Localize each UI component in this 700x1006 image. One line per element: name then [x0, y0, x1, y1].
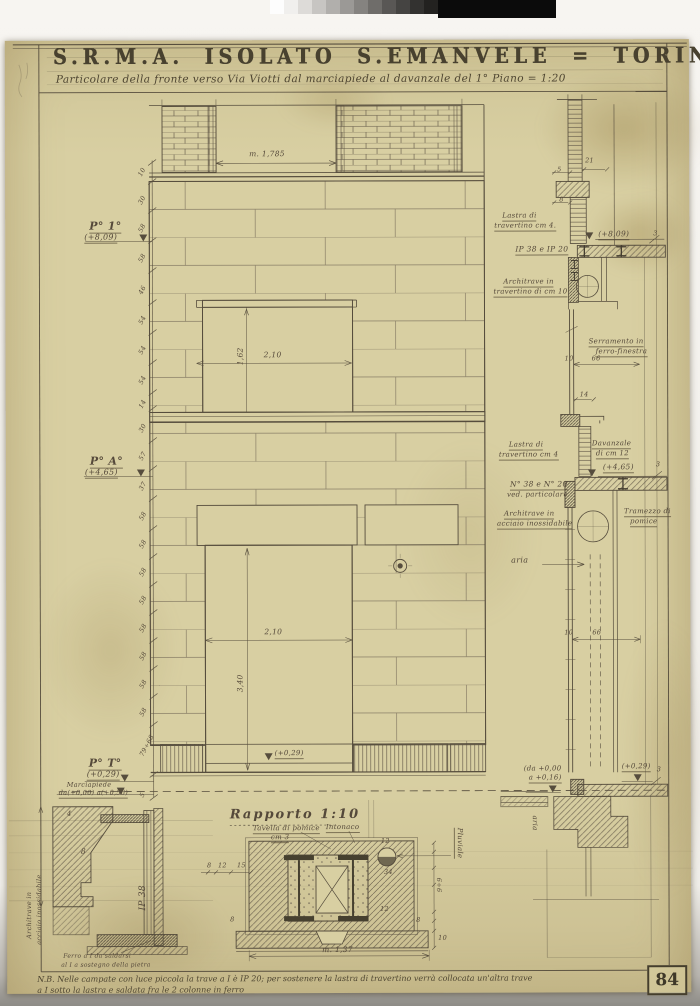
dimension-chain-value: 58 [138, 651, 148, 662]
annotation-label: 6÷6 [435, 878, 442, 893]
label-architrave-acciaio-b: acciaio inossidabile [497, 520, 572, 529]
label-pluviale: Pluviale [454, 828, 463, 859]
dimension-chain-value: 58 [138, 623, 148, 634]
dimension-chain-value: 58 [138, 679, 148, 690]
dim-162: 1,62 [237, 347, 245, 365]
annotation-label: 12 [381, 838, 390, 845]
drawing-subtitle: Particolare della fronte verso Via Viott… [56, 72, 566, 85]
annotation-label: 5 [557, 166, 561, 173]
level-value-marciapiede: da(+0,00) a(+0,56) [59, 790, 128, 799]
annotation-label: 8 [207, 862, 211, 869]
dimension-chain-value: 79÷68 [139, 734, 156, 758]
calibration-gray-step [368, 0, 382, 14]
detail-scale-title: Rapporto 1:10 [230, 808, 360, 821]
calibration-gray-step [340, 0, 354, 14]
dimension-chain-value: 30 [138, 423, 148, 434]
label-davanzale-b: di cm 12 [596, 450, 629, 459]
calibration-gray-step [382, 0, 396, 14]
label-ferro-saldarsi-b: al I a sostegno della pietra [61, 963, 150, 969]
calibration-gray-step [410, 0, 424, 14]
label-ip38-beam: IP 38 [139, 885, 148, 910]
drawing-title: S.R.M.A. ISOLATO S.EMANVELE = TORINO [53, 43, 665, 70]
calibration-gray-step [354, 0, 368, 14]
dim-340: 3,40 [236, 674, 244, 692]
label-serramento-b: ferro-finestra [596, 348, 648, 357]
calibration-gray-step [270, 0, 284, 14]
dim-210-lower: 2,10 [264, 628, 282, 636]
dimension-chain-value: 46 [137, 285, 147, 296]
level-value-piano-1: (+8,09) [84, 234, 117, 244]
level-value-piano-ammezzato: (+4,65) [85, 469, 118, 479]
label-lastra-travertino-1: Lastra di [502, 213, 536, 222]
dimension-chain-value: 58 [139, 707, 149, 718]
dimension-chain-value: 58 [138, 511, 148, 522]
label-lastra-travertino-2: Lastra di [509, 441, 543, 450]
grayscale-calibration-strip [0, 0, 700, 24]
dimension-chain-value: 58 [137, 253, 147, 264]
label-architrave-travertino-b: travertino di cm 10 [493, 288, 567, 297]
level-000-016-b: a +0,16) [529, 774, 562, 783]
level-label-marciapiede: Marciapiede [67, 782, 112, 789]
annotation-label: 12 [218, 862, 227, 869]
dimension-chain-value: 30 [137, 195, 147, 206]
level-029-elevation: (+0,29) [275, 750, 304, 759]
calibration-gray-step [298, 0, 312, 14]
calibration-gray-step [284, 0, 298, 14]
dimension-chain-value: 58 [137, 223, 147, 234]
label-lastra-travertino-2b: travertino cm 4 [499, 451, 559, 460]
dim-137: m. 1,37 [322, 946, 353, 954]
annotation-label: 3 [657, 766, 661, 773]
nota-bene-line2: a I sotto la lastra e saldata fra le 2 c… [37, 984, 532, 996]
label-architrave-acciaio: Architrave in [504, 510, 554, 519]
label-davanzale: Davanzale [592, 440, 631, 449]
annotation-label: 10 [565, 355, 574, 362]
annotation-label: 3 [653, 230, 657, 237]
annotation-label: 12 [380, 906, 389, 913]
level-000-016: (da +0,00 [524, 765, 562, 772]
annotation-label: 4 [67, 811, 72, 818]
annotation-label: 8 [230, 916, 234, 923]
calibration-black-patch [438, 0, 556, 18]
nota-bene-line1: N.B. Nelle campate con luce piccola la t… [37, 973, 532, 985]
label-serramento: Serramento in [589, 338, 644, 347]
dimension-chain-value: 57 [138, 451, 148, 462]
calibration-gray-step [396, 0, 410, 14]
label-tramezzo-pomice: Tramezzo di [624, 508, 671, 517]
label-tramezzo-pomice-b: pomice [630, 518, 657, 527]
level-value-piano-terreno: (+0,29) [87, 771, 120, 781]
dim-1785: m. 1,785 [249, 150, 285, 158]
dimension-chain-value: 5 [139, 792, 147, 799]
label-n38-n20-b: ved. particolare [507, 491, 568, 498]
level-809-section: (+8,09) [598, 230, 629, 240]
label-lastra-travertino-1b: travertino cm 4. [494, 222, 556, 231]
annotation-label: 8 [81, 848, 86, 856]
dimension-chain-value: 37 [138, 481, 148, 492]
page-number: 84 [647, 965, 687, 995]
dimension-chain-value: 10 [137, 167, 147, 178]
annotation-label: 21 [585, 157, 594, 164]
dimension-chain-value: 54 [138, 345, 148, 356]
annotation-label: 15 [237, 862, 246, 869]
calibration-gray-step [424, 0, 438, 14]
label-architrave-travertino: Architrave in [503, 278, 553, 287]
annotation-label: 8 [416, 917, 420, 924]
level-465-section: (+4,65) [603, 463, 634, 473]
label-architrave-vertical: Architrave in [26, 892, 33, 939]
dimension-chain-value: 54 [138, 315, 148, 326]
annotation-label: 10 [564, 629, 573, 636]
dimension-chain-value: 58 [138, 567, 148, 578]
nota-bene: N.B. Nelle campate con luce piccola la t… [37, 973, 532, 996]
dimension-chain-value: 58 [138, 539, 148, 550]
drawing-sheet: 5218Lastra ditravertino cm 4.(+8,09)3IP … [0, 0, 700, 1006]
dimension-chain-value: 14 [138, 399, 148, 410]
annotation-label: 14 [580, 391, 589, 398]
label-ip38-ip20: IP 38 e IP 20 [515, 245, 568, 255]
label-aria: aria [511, 557, 528, 565]
label-intonaco: Intonaco [326, 824, 360, 833]
label-architrave-vertical-b: acciaio inossidabile [36, 874, 43, 944]
annotation-label: 8 [559, 196, 563, 203]
calibration-gray-step [312, 0, 326, 14]
calibration-gray-step [326, 0, 340, 14]
annotation-label: 3 [656, 461, 660, 468]
annotation-label: 66 [592, 355, 601, 362]
dim-210-upper: 2,10 [264, 351, 282, 359]
annotation-layer: 5218Lastra ditravertino cm 4.(+8,09)3IP … [0, 0, 700, 1006]
annotation-label: 10 [438, 935, 447, 942]
label-aria-vertical: aria [531, 816, 538, 831]
dimension-chain-value: 54 [138, 375, 148, 386]
annotation-label: 34 [384, 869, 393, 876]
level-029-section: (+0,29) [622, 763, 651, 772]
label-n38-n20: N° 38 e N° 20 [510, 480, 568, 490]
label-ferro-saldarsi: Ferro a I da saldarsi [63, 954, 131, 960]
dimension-chain-value: 58 [138, 595, 148, 606]
annotation-label: 66 [592, 629, 601, 636]
label-tavella-pomice-b: cm 3 [271, 834, 289, 843]
